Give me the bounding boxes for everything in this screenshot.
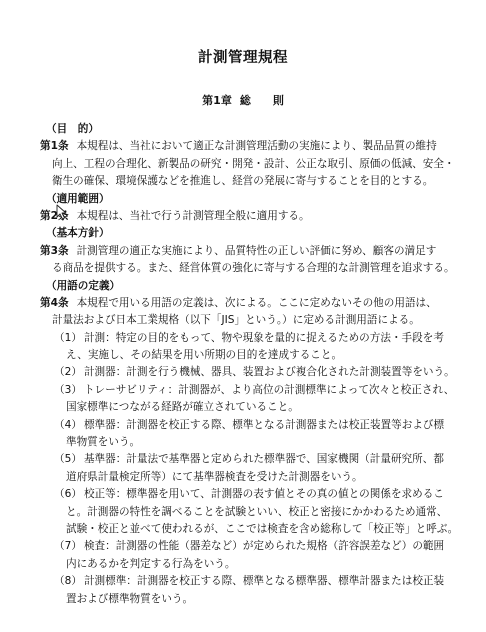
article-line: 第2条本規程は、当社で行う計測管理全般に適用する。 — [40, 208, 440, 225]
item-text: 計測：特定の目的をもって、物や現象を量的に捉えるための方法・手段を考 — [84, 332, 444, 344]
definition-item: （8）計測標準：計測器を校正する際、標準となる標準器、標準計器または校正装 — [40, 573, 440, 590]
item-text: 基準器：計量法で基準器と定められた標準器で、国家機関（計量研究所、都 — [84, 453, 444, 465]
article-text: 計測管理の適正な実施により、品質特性の正しい評価に努め、顧客の満足す — [77, 245, 437, 257]
definition-item-line: 内にあるかを判定する行為をいう。 — [40, 556, 440, 573]
definition-item: （4）標準器：計測器を校正する際、標準となる計測器または校正装置等および標 — [40, 417, 440, 434]
document-body: （目 的） 第1条本規程は、当社において適正な計測管理活動の実施により、製品品質… — [40, 121, 440, 608]
item-number: （3） — [54, 382, 82, 399]
article-line: 第3条計測管理の適正な実施により、品質特性の正しい評価に努め、顧客の満足す — [40, 243, 440, 260]
definition-item-line: 国家標準につながる経路が確立されていること。 — [40, 399, 440, 416]
mouse-pointer-arrow-icon — [56, 204, 68, 220]
definition-item: （6）校正等：標準器を用いて、計測器の表す値とその真の値との関係を求めるこ — [40, 486, 440, 503]
article-heading: （目 的） — [40, 121, 440, 138]
article-text: 本規程は、当社で行う計測管理全般に適用する。 — [77, 210, 310, 222]
article-label: 第1条 — [40, 140, 69, 152]
article-label: 第3条 — [40, 245, 69, 257]
item-text: 校正等：標準器を用いて、計測器の表す値とその真の値との関係を求めるこ — [84, 488, 444, 500]
chapter-name-part2: 則 — [273, 94, 284, 107]
article-text: 本規程で用いる用語の定義は、次による。ここに定めないその他の用語は、 — [77, 297, 437, 309]
definition-item-line: え、実施し、その結果を用い所期の目的を達成すること。 — [40, 347, 440, 364]
article-line: 計量法および日本工業規格（以下「JIS」という。）に定める計測用語による。 — [40, 312, 440, 329]
definition-item-line: 置および標準物質をいう。 — [40, 591, 440, 608]
definition-item: （5）基準器：計量法で基準器と定められた標準器で、国家機関（計量研究所、都 — [40, 451, 440, 468]
definition-item-line: 準物質をいう。 — [40, 434, 440, 451]
item-text: トレーサビリティ：計測器が、より高位の計測標準によって次々と校正され、 — [84, 384, 454, 396]
article-label: 第4条 — [40, 297, 69, 309]
item-number: （8） — [54, 573, 82, 590]
item-number: （2） — [54, 364, 82, 381]
definition-item-line: と。計測器の特性を調べることを試験といい、校正と密接にかかわるため通常、 — [40, 504, 440, 521]
definition-item: （1）計測：特定の目的をもって、物や現象を量的に捉えるための方法・手段を考 — [40, 330, 440, 347]
article-line: 衛生の確保、環境保護などを推進し、経営の発展に寄与することを目的とする。 — [40, 173, 440, 190]
item-number: （7） — [54, 538, 82, 555]
article-line: 第1条本規程は、当社において適正な計測管理活動の実施により、製品品質の維持 — [40, 138, 440, 155]
item-text: 計測標準：計測器を校正する際、標準となる標準器、標準計器または校正装 — [84, 575, 444, 587]
definition-item: （7）検査：計測器の性能（器差など）が定められた規格（許容誤差など）の範囲 — [40, 538, 440, 555]
document-page: 計測管理規程 第1章総則 （目 的） 第1条本規程は、当社において適正な計測管理… — [0, 0, 486, 632]
chapter-number: 第1章 — [202, 94, 232, 107]
article-line: 第4条本規程で用いる用語の定義は、次による。ここに定めないその他の用語は、 — [40, 295, 440, 312]
definition-item-line: 試験・校正と並べて使われるが、ここでは検査を含め総称して「校正等」と呼ぶ。 — [40, 521, 440, 538]
chapter-name-part1: 総 — [240, 94, 251, 107]
item-number: （6） — [54, 486, 82, 503]
article-line: る商品を提供する。また、経営体質の強化に寄与する合理的な計測管理を追求する。 — [40, 260, 440, 277]
article-text: 本規程は、当社において適正な計測管理活動の実施により、製品品質の維持 — [77, 140, 437, 152]
item-text: 検査：計測器の性能（器差など）が定められた規格（許容誤差など）の範囲 — [84, 540, 444, 552]
item-text: 標準器：計測器を校正する際、標準となる計測器または校正装置等および標 — [84, 419, 444, 431]
chapter-heading: 第1章総則 — [0, 92, 486, 108]
document-title: 計測管理規程 — [0, 46, 486, 67]
definition-item: （3）トレーサビリティ：計測器が、より高位の計測標準によって次々と校正され、 — [40, 382, 440, 399]
item-text: 計測器：計測を行う機械、器具、装置および複合化された計測装置等をいう。 — [84, 366, 455, 378]
item-number: （1） — [54, 330, 82, 347]
article-line: 向上、工程の合理化、新製品の研究・開発・設計、公正な取引、原価の低減、安全・ — [40, 156, 440, 173]
item-number: （5） — [54, 451, 82, 468]
definition-item: （2）計測器：計測を行う機械、器具、装置および複合化された計測装置等をいう。 — [40, 364, 440, 381]
article-heading: （用語の定義） — [40, 278, 440, 295]
item-number: （4） — [54, 417, 82, 434]
article-heading: （基本方針） — [40, 225, 440, 242]
article-heading: （適用範囲） — [40, 191, 440, 208]
definition-item-line: 道府県計量検定所等）にて基準器検査を受けた計測器をいう。 — [40, 469, 440, 486]
